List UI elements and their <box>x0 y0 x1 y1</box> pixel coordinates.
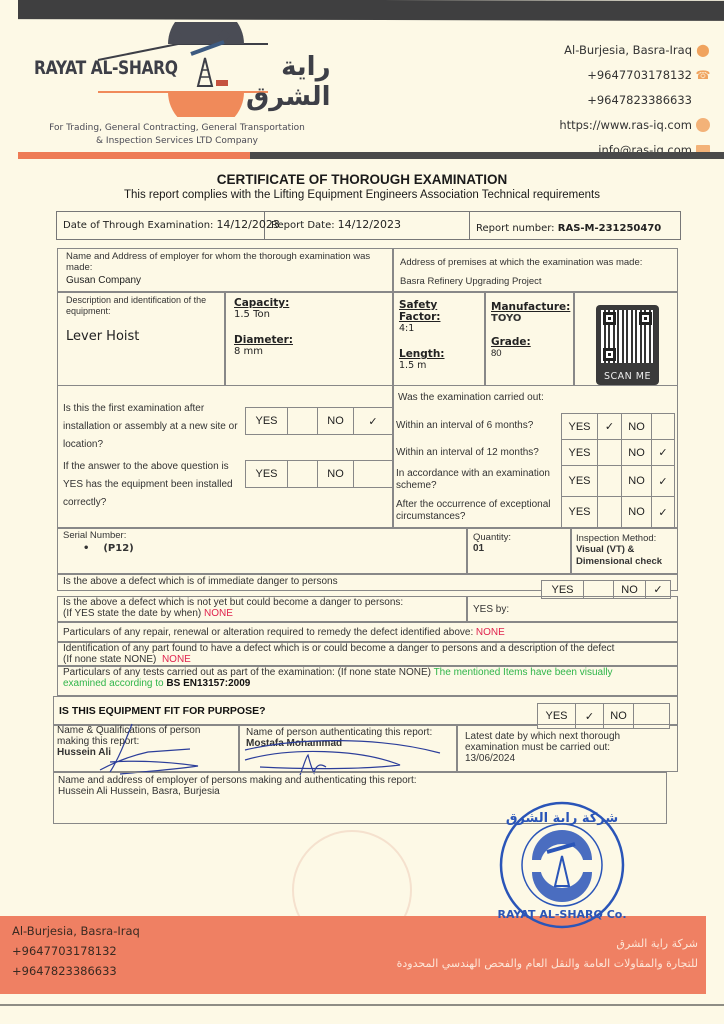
qr-finder-icon <box>603 312 616 325</box>
carried-yes-label: YES <box>562 440 598 465</box>
diameter-label: Diameter: <box>234 334 384 346</box>
footer-arabic-line-2: للتجارة والمقاولات العامة والنقل العام و… <box>397 954 698 974</box>
installed-no-label: NO <box>318 461 354 487</box>
equipment-description-cell: Description and identification of the eq… <box>57 292 225 386</box>
footer-arabic: شركة راية الشرق للتجارة والمقاولات العام… <box>397 934 698 974</box>
qr-code[interactable]: SCAN ME <box>596 305 659 385</box>
report-number-value: RAS-M-231250470 <box>558 223 662 234</box>
carried-out-label: Was the examination carried out: <box>398 392 544 403</box>
first-exam-question: Is this the first examination after inst… <box>63 400 248 454</box>
footer-phone-2: +9647823386633 <box>12 961 140 981</box>
capacity-label: Capacity: <box>234 297 384 309</box>
company-stamp-icon: شركة راية الشرق RAYAT AL-SHARQ Co. <box>497 800 627 930</box>
grade-label: Grade: <box>491 336 568 348</box>
safety-factor-label: Safety Factor: <box>399 299 479 323</box>
location-pin-icon: ⬤ <box>696 43 710 57</box>
company-name-en: RAYAT AL-SHARQ <box>34 57 178 79</box>
persons-employer-label: Name and address of employer of persons … <box>58 775 662 786</box>
identification-hint: (If none state NONE) <box>63 654 156 665</box>
carried-no-label: NO <box>622 414 652 439</box>
manufacture-grade-cell: Manufacture: TOYO Grade: 80 <box>485 292 574 386</box>
telephone-icon: ☎ <box>696 68 710 82</box>
first-exam-no-checkbox[interactable]: ✓ <box>354 408 392 434</box>
carried-no-checkbox[interactable]: ✓ <box>652 466 674 496</box>
quantity-value: 01 <box>473 543 565 554</box>
qr-finder-icon <box>639 312 652 325</box>
report-date-label: Report Date: <box>271 220 335 231</box>
certificate-page: RAYAT AL-SHARQ راية الشرق For Trading, G… <box>0 0 724 1024</box>
svg-text:شركة راية الشرق: شركة راية الشرق <box>506 811 618 826</box>
carried-out-question: After the occurrence of exceptional circ… <box>396 499 561 523</box>
carried-out-question: In accordance with an examination scheme… <box>396 468 561 492</box>
diameter-value: 8 mm <box>234 346 384 357</box>
identification-cell: Identification of any part found to have… <box>57 642 678 666</box>
contact-address: Al-Burjesia, Basra-Iraq <box>564 43 692 57</box>
future-danger-label: Is the above a defect which is not yet b… <box>63 597 461 608</box>
report-number-label: Report number: <box>476 223 555 234</box>
identification-value: NONE <box>162 654 191 665</box>
length-value: 1.5 m <box>399 360 479 371</box>
next-exam-label: Latest date by which next thorough exami… <box>465 731 670 753</box>
carried-yes-label: YES <box>562 414 598 439</box>
company-name-ar: راية الشرق <box>246 52 331 112</box>
first-exam-yes-checkbox[interactable] <box>288 408 318 434</box>
manufacture-label: Manufacture: <box>491 301 568 313</box>
employer-cell: Name and Address of employer for whom th… <box>57 248 393 292</box>
footer-address: Al-Burjesia, Basra-Iraq <box>12 921 140 941</box>
inspection-method-value: Visual (VT) & Dimensional check <box>576 544 673 568</box>
installed-no-checkbox[interactable] <box>354 461 392 487</box>
repair-label: Particulars of any repair, renewal or al… <box>63 627 473 638</box>
contact-phone-1[interactable]: +9647703178132 <box>587 68 692 82</box>
carried-out-yes-no: YESNO✓ <box>561 440 675 466</box>
qr-code-pattern <box>601 310 654 363</box>
header-divider-dark <box>250 152 724 159</box>
installed-yes-checkbox[interactable] <box>288 461 318 487</box>
footer-phone-1: +9647703178132 <box>12 941 140 961</box>
report-date-cell: Report Date:14/12/2023 <box>265 212 470 239</box>
carried-no-checkbox[interactable] <box>652 414 674 439</box>
footer-arabic-line-1: شركة راية الشرق <box>397 934 698 954</box>
header-divider-orange <box>18 152 250 159</box>
bottom-edge-line <box>0 1004 724 1006</box>
exam-date-label: Date of Through Examination: <box>63 220 213 231</box>
tests-note-line2: examined according to <box>63 678 164 689</box>
next-exam-date: 13/06/2024 <box>465 753 670 764</box>
employer-label: Name and Address of employer for whom th… <box>66 251 384 273</box>
carried-out-question: Within an interval of 12 months? <box>396 447 561 459</box>
spacer <box>696 93 710 107</box>
tests-standard: BS EN13157:2009 <box>166 678 250 689</box>
carried-out-yes-no: YESNO✓ <box>561 466 675 497</box>
carried-yes-checkbox[interactable] <box>598 440 622 465</box>
contact-phone-2[interactable]: +9647823386633 <box>587 93 692 107</box>
capacity-value: 1.5 Ton <box>234 309 384 320</box>
contact-website-link[interactable]: https://www.ras-iq.com <box>559 118 692 132</box>
quantity-cell: Quantity: 01 <box>467 528 571 574</box>
carried-no-label: NO <box>622 497 652 527</box>
equipment-value: Lever Hoist <box>66 329 216 344</box>
safety-factor-value: 4:1 <box>399 323 479 334</box>
capacity-diameter-cell: Capacity: 1.5 Ton Diameter: 8 mm <box>225 292 393 386</box>
company-logo: RAYAT AL-SHARQ راية الشرق <box>28 22 328 117</box>
tagline-line-1: For Trading, General Contracting, Genera… <box>32 122 322 135</box>
footer-contact: Al-Burjesia, Basra-Iraq +9647703178132 +… <box>12 921 140 981</box>
carried-out-yes-no: YES✓NO <box>561 413 675 440</box>
equipment-label: Description and identification of the eq… <box>66 295 216 317</box>
inspection-method-cell: Inspection Method: Visual (VT) & Dimensi… <box>571 528 678 574</box>
exam-date-cell: Date of Through Examination:14/12/2023 <box>57 212 265 239</box>
carried-out-yes-no: YESNO✓ <box>561 497 675 528</box>
certificate-title: CERTIFICATE OF THOROUGH EXAMINATION <box>0 172 724 187</box>
premises-value: Basra Refinery Upgrading Project <box>400 276 671 287</box>
carried-yes-label: YES <box>562 497 598 527</box>
next-exam-cell: Latest date by which next thorough exami… <box>457 724 678 772</box>
report-number-cell: Report number: RAS-M-231250470 <box>470 212 680 239</box>
signature-maker-icon <box>70 722 220 777</box>
carried-yes-checkbox[interactable] <box>598 497 622 527</box>
manufacture-value: TOYO <box>491 313 568 324</box>
report-date-value: 14/12/2023 <box>338 218 401 231</box>
header-dark-bar <box>18 0 724 21</box>
grade-value: 80 <box>491 348 568 359</box>
first-exam-no-label: NO <box>318 408 354 434</box>
carried-yes-label: YES <box>562 466 598 496</box>
length-label: Length: <box>399 348 479 360</box>
serial-number-label: Serial Number: <box>63 530 461 541</box>
certificate-subtitle: This report complies with the Lifting Eq… <box>0 189 724 201</box>
future-danger-hint: (If YES state the date by when) <box>63 608 201 619</box>
carried-yes-checkbox[interactable] <box>598 466 622 496</box>
identification-label: Identification of any part found to have… <box>63 643 672 654</box>
carried-no-label: NO <box>622 466 652 496</box>
globe-icon <box>696 118 710 132</box>
installed-yes-no: YES NO <box>245 460 393 488</box>
yes-by-cell: YES by: <box>467 596 678 622</box>
employer-value: Gusan Company <box>66 275 384 286</box>
tests-note-line1: The mentioned Items have been visually <box>434 667 613 678</box>
future-danger-value: NONE <box>204 608 233 619</box>
header-contact-block: Al-Burjesia, Basra-Iraq⬤ +9647703178132☎… <box>559 37 710 162</box>
carried-no-checkbox[interactable]: ✓ <box>652 440 674 465</box>
yes-by-label: YES by: <box>473 604 672 615</box>
serial-number-value: (P12) <box>103 543 133 554</box>
tests-cell: Particulars of any tests carried out as … <box>57 666 678 696</box>
svg-text:RAYAT AL-SHARQ Co.: RAYAT AL-SHARQ Co. <box>497 908 626 921</box>
qr-scan-label: SCAN ME <box>596 371 659 382</box>
carried-yes-checkbox[interactable]: ✓ <box>598 414 622 439</box>
serial-number-cell: Serial Number: • (P12) <box>57 528 467 574</box>
premises-cell: Address of premises at which the examina… <box>393 248 678 292</box>
tagline-line-2: & Inspection Services LTD Company <box>32 135 322 148</box>
inspection-method-label: Inspection Method: <box>576 533 673 544</box>
quantity-label: Quantity: <box>473 532 565 543</box>
safety-length-cell: Safety Factor: 4:1 Length: 1.5 m <box>393 292 485 386</box>
future-danger-cell: Is the above a defect which is not yet b… <box>57 596 467 622</box>
first-exam-yes-no: YES NO ✓ <box>245 407 393 435</box>
bullet-icon: • <box>83 543 89 554</box>
carried-no-checkbox[interactable]: ✓ <box>652 497 674 527</box>
first-exam-yes-label: YES <box>246 408 288 434</box>
repair-cell: Particulars of any repair, renewal or al… <box>57 622 678 642</box>
carried-out-question: Within an interval of 6 months? <box>396 420 561 432</box>
repair-value: NONE <box>476 627 505 638</box>
premises-label: Address of premises at which the examina… <box>400 257 671 268</box>
qr-finder-icon <box>603 348 616 361</box>
company-tagline: For Trading, General Contracting, Genera… <box>32 122 322 148</box>
tests-label: Particulars of any tests carried out as … <box>63 667 431 678</box>
carried-no-label: NO <box>622 440 652 465</box>
persons-employer-value: Hussein Ali Hussein, Basra, Burjesia <box>58 786 662 797</box>
installed-correctly-question: If the answer to the above question is Y… <box>63 458 248 512</box>
report-dates-row: Date of Through Examination:14/12/2023 R… <box>56 211 681 240</box>
installed-yes-label: YES <box>246 461 288 487</box>
